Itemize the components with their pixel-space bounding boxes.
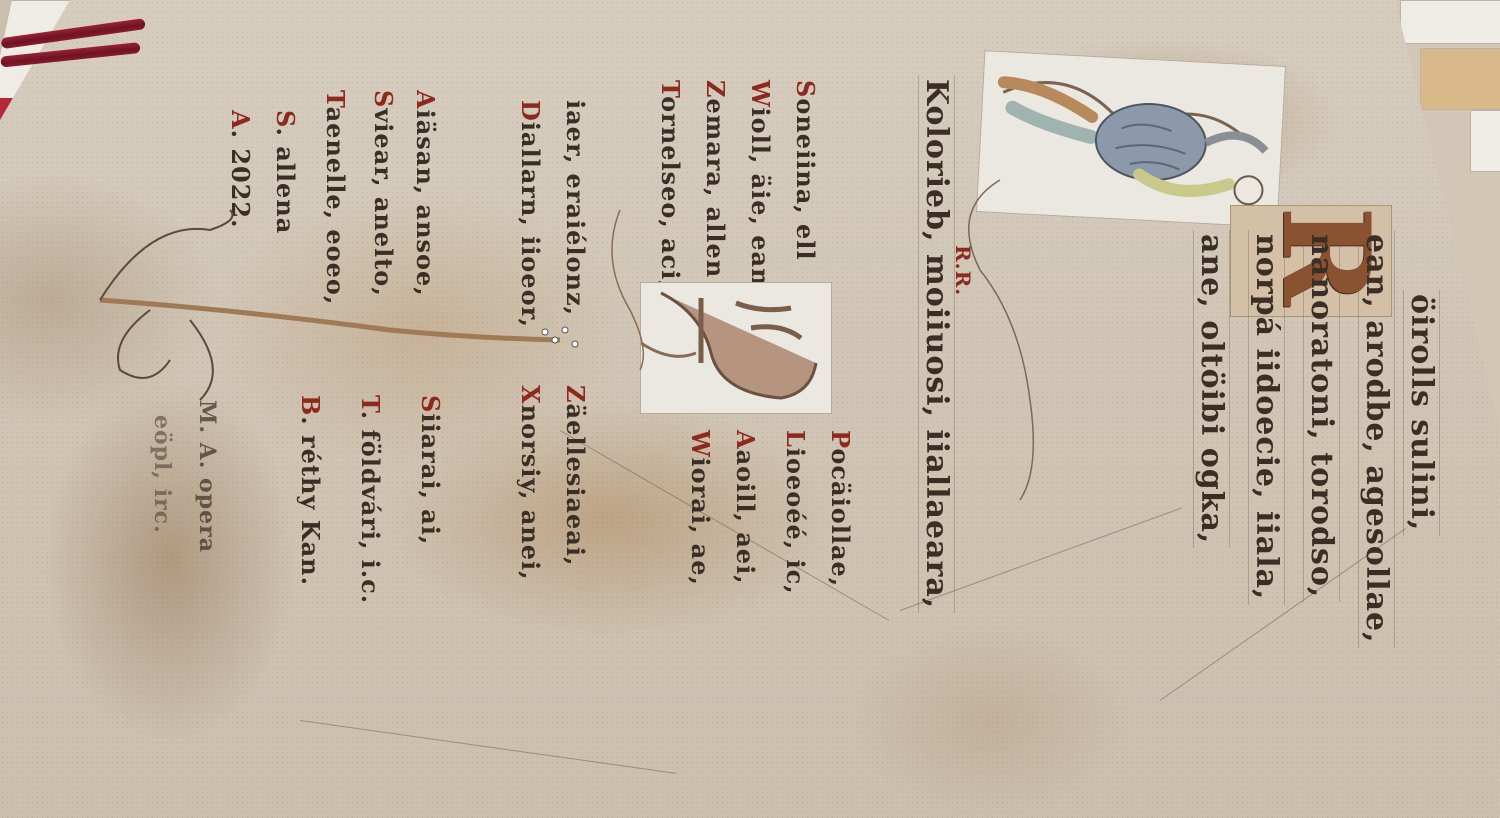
rubric-letter: S bbox=[369, 90, 398, 108]
thread-flourish-icon bbox=[600, 150, 1300, 550]
line-text: . réthy Kan. bbox=[296, 416, 325, 586]
rubric-letter: Z bbox=[701, 80, 730, 99]
main-line-1: öirolls sulini, bbox=[1403, 290, 1440, 536]
line-text: iiarai, ai, bbox=[416, 413, 445, 545]
rubric-letter: S bbox=[791, 80, 820, 98]
stacked-paper-lower bbox=[1470, 110, 1500, 172]
line-text: . földvári, i.c. bbox=[356, 411, 385, 604]
stacked-paper-top bbox=[1400, 0, 1500, 44]
manuscript-page: R öirolls sulini, ean, arodbe, agesollae… bbox=[0, 0, 1500, 818]
rubric-letter: S bbox=[271, 110, 300, 127]
rubric-letter: T bbox=[656, 80, 685, 96]
line-text: norsiy, anei, bbox=[516, 405, 545, 581]
rubric-letter: A bbox=[226, 110, 255, 130]
rubric-letter: A bbox=[411, 90, 440, 110]
faded-line-2: eöpl, irc. bbox=[149, 415, 175, 534]
line-text: eöpl, irc. bbox=[149, 415, 175, 534]
rubric-letter: T bbox=[321, 90, 350, 107]
main-line-2: ean, arodbe, agesollae, bbox=[1358, 230, 1395, 648]
vine-flourish-icon bbox=[90, 200, 650, 430]
main-line-3: nanoratoni, torodso, bbox=[1303, 230, 1340, 602]
rubric-letter: D bbox=[516, 100, 545, 122]
rubric-letter: W bbox=[746, 80, 775, 108]
stacked-paper-ochre bbox=[1420, 48, 1500, 110]
